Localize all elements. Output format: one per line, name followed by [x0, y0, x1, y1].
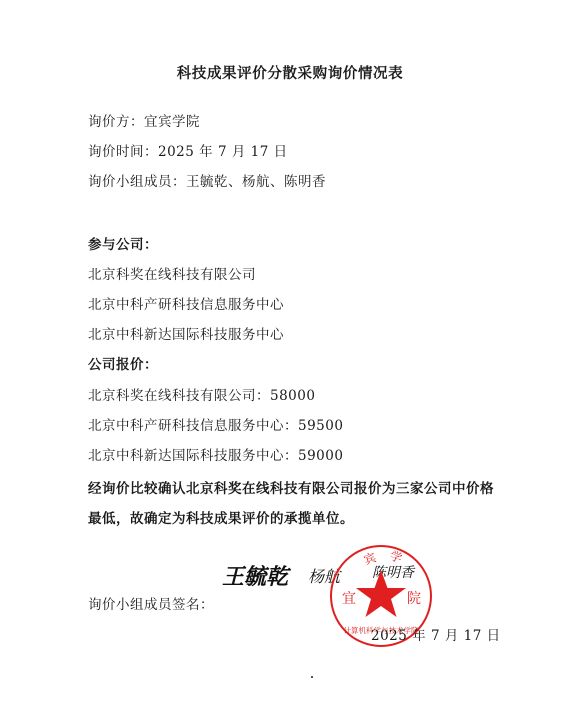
document-title: 科技成果评价分散采购询价情况表 [0, 62, 580, 83]
conclusion-line-1: 经询价比较确认北京科奖在线科技有限公司报价为三家公司中价格 [88, 477, 494, 497]
quotes-heading: 公司报价： [88, 353, 158, 373]
sign-date: 2025 年 7 月 17 日 [371, 624, 501, 644]
quote-item: 北京中科新达国际科技服务中心：59000 [88, 444, 343, 464]
conclusion-line-2: 最低，故确定为科技成果评价的承揽单位。 [88, 507, 354, 527]
participants-heading: 参与公司： [88, 233, 158, 253]
signature-1: 王毓乾 [222, 560, 288, 591]
signature-label: 询价小组成员签名： [88, 593, 214, 613]
participant-item: 北京科奖在线科技有限公司 [88, 263, 256, 283]
svg-text:学: 学 [388, 548, 404, 565]
group-members: 询价小组成员：王毓乾、杨航、陈明香 [88, 170, 326, 190]
inquiry-time: 询价时间：2025 年 7 月 17 日 [88, 140, 288, 160]
svg-text:宜: 宜 [342, 591, 356, 607]
participant-item: 北京中科产研科技信息服务中心 [88, 293, 284, 313]
svg-text:院: 院 [407, 591, 421, 607]
quote-item: 北京中科产研科技信息服务中心：59500 [88, 414, 343, 434]
quote-item: 北京科奖在线科技有限公司：58000 [88, 384, 315, 404]
svg-text:宾: 宾 [362, 549, 378, 567]
inquirer: 询价方：宜宾学院 [88, 110, 200, 130]
page-mark [311, 676, 313, 678]
participant-item: 北京中科新达国际科技服务中心 [88, 323, 284, 343]
